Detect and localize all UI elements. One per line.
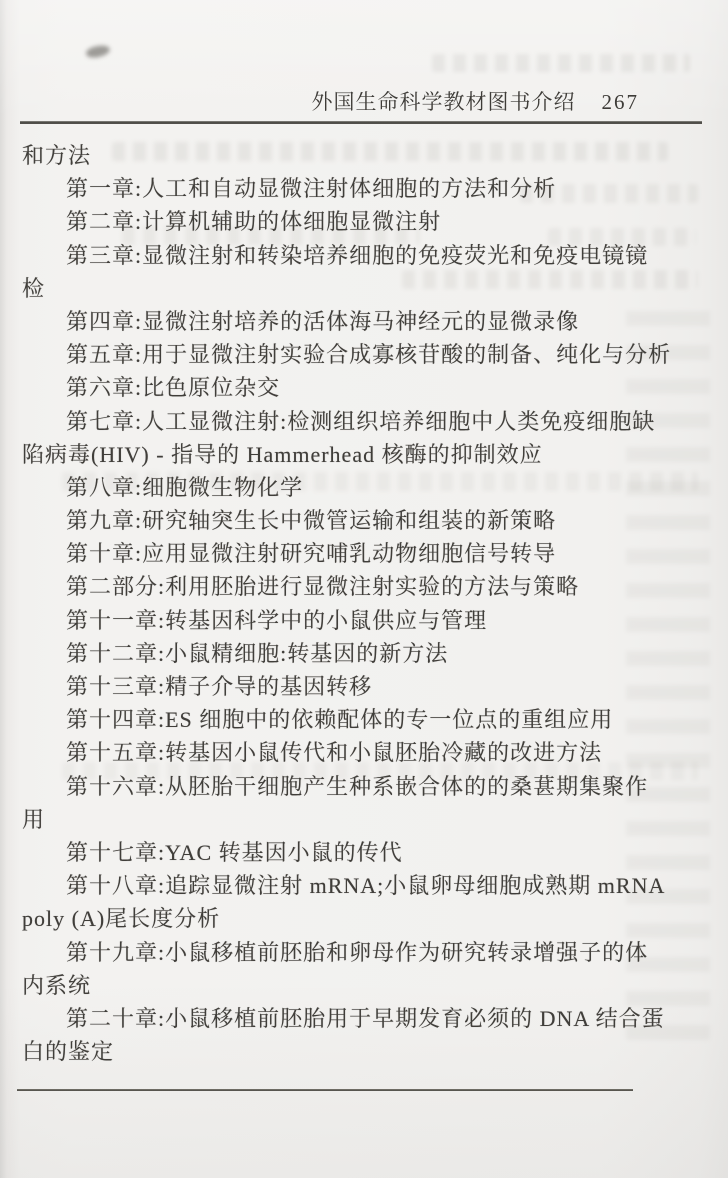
toc-line: 第二部分:利用胚胎进行显微注射实验的方法与策略 xyxy=(22,570,714,603)
toc-line: 第四章:显微注射培养的活体海马神经元的显微录像 xyxy=(22,305,714,338)
toc-line: 第十一章:转基因科学中的小鼠供应与管理 xyxy=(22,604,714,637)
toc-line: 陷病毒(HIV) - 指导的 Hammerhead 核酶的抑制效应 xyxy=(22,438,714,471)
toc-line: 第八章:细胞微生物化学 xyxy=(22,471,714,504)
toc-line: 第二章:计算机辅助的体细胞显微注射 xyxy=(22,205,714,238)
toc-line: 第十二章:小鼠精细胞:转基因的新方法 xyxy=(22,637,714,670)
page-number: 267 xyxy=(602,90,640,114)
toc-line: 第十八章:追踪显微注射 mRNA;小鼠卵母细胞成熟期 mRNA xyxy=(22,869,714,902)
toc-line: poly (A)尾长度分析 xyxy=(22,902,714,935)
toc-line: 第十五章:转基因小鼠传代和小鼠胚胎冷藏的改进方法 xyxy=(22,736,714,769)
toc-line: 内系统 xyxy=(22,969,714,1002)
header-rule xyxy=(20,121,702,124)
ink-smudge xyxy=(85,43,111,59)
running-head-title: 外国生命科学教材图书介绍 xyxy=(312,90,576,114)
toc-line: 第七章:人工显微注射:检测组织培养细胞中人类免疫细胞缺 xyxy=(22,405,714,438)
toc-line: 用 xyxy=(22,803,714,836)
toc-line: 第十四章:ES 细胞中的依赖配体的专一位点的重组应用 xyxy=(22,703,714,736)
toc-line: 检 xyxy=(22,272,714,305)
footer-rule xyxy=(17,1089,633,1091)
toc-line: 第十六章:从胚胎干细胞产生种系嵌合体的的桑葚期集聚作 xyxy=(22,770,714,803)
toc-line: 第九章:研究轴突生长中微管运输和组装的新策略 xyxy=(22,504,714,537)
toc-line: 第五章:用于显微注射实验合成寡核苷酸的制备、纯化与分析 xyxy=(22,338,714,371)
toc-line: 第十三章:精子介导的基因转移 xyxy=(22,670,714,703)
toc-line: 第三章:显微注射和转染培养细胞的免疫荧光和免疫电镜镜 xyxy=(22,239,714,272)
toc-line: 第六章:比色原位杂交 xyxy=(22,371,714,404)
toc-line: 第十七章:YAC 转基因小鼠的传代 xyxy=(22,836,714,869)
scanned-book-page: 外国生命科学教材图书介绍267 和方法第一章:人工和自动显微注射体细胞的方法和分… xyxy=(0,0,728,1178)
toc-line: 第二十章:小鼠移植前胚胎用于早期发育必须的 DNA 结合蛋 xyxy=(22,1002,714,1035)
toc-line: 第十九章:小鼠移植前胚胎和卵母作为研究转录增强子的体 xyxy=(22,936,714,969)
toc-line: 第十章:应用显微注射研究哺乳动物细胞信号转导 xyxy=(22,537,714,570)
toc-line: 白的鉴定 xyxy=(22,1035,714,1068)
toc-line: 第一章:人工和自动显微注射体细胞的方法和分析 xyxy=(22,172,714,205)
running-head: 外国生命科学教材图书介绍267 xyxy=(0,90,639,114)
toc-line: 和方法 xyxy=(22,139,714,172)
bleed-through-texture xyxy=(432,54,690,72)
toc-lines: 和方法第一章:人工和自动显微注射体细胞的方法和分析第二章:计算机辅助的体细胞显微… xyxy=(22,139,714,1068)
